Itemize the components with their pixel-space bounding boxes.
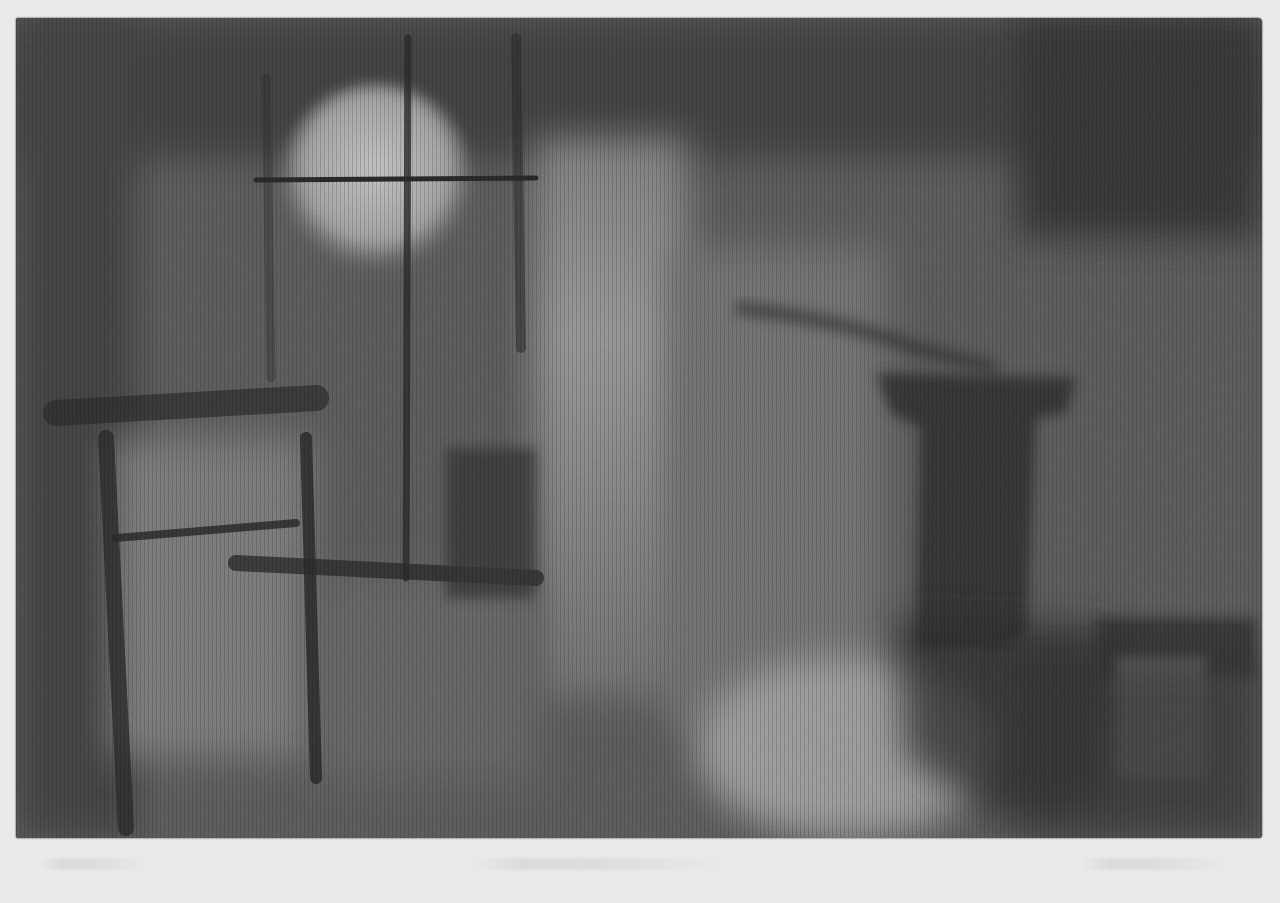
- margin-inscription-title: [470, 852, 730, 882]
- print-plate: [16, 18, 1262, 838]
- margin-inscription-left: [40, 852, 150, 882]
- etching-artwork: [16, 18, 1262, 838]
- margin-inscription-signature: [1080, 852, 1230, 882]
- paper-sheet: [0, 0, 1280, 903]
